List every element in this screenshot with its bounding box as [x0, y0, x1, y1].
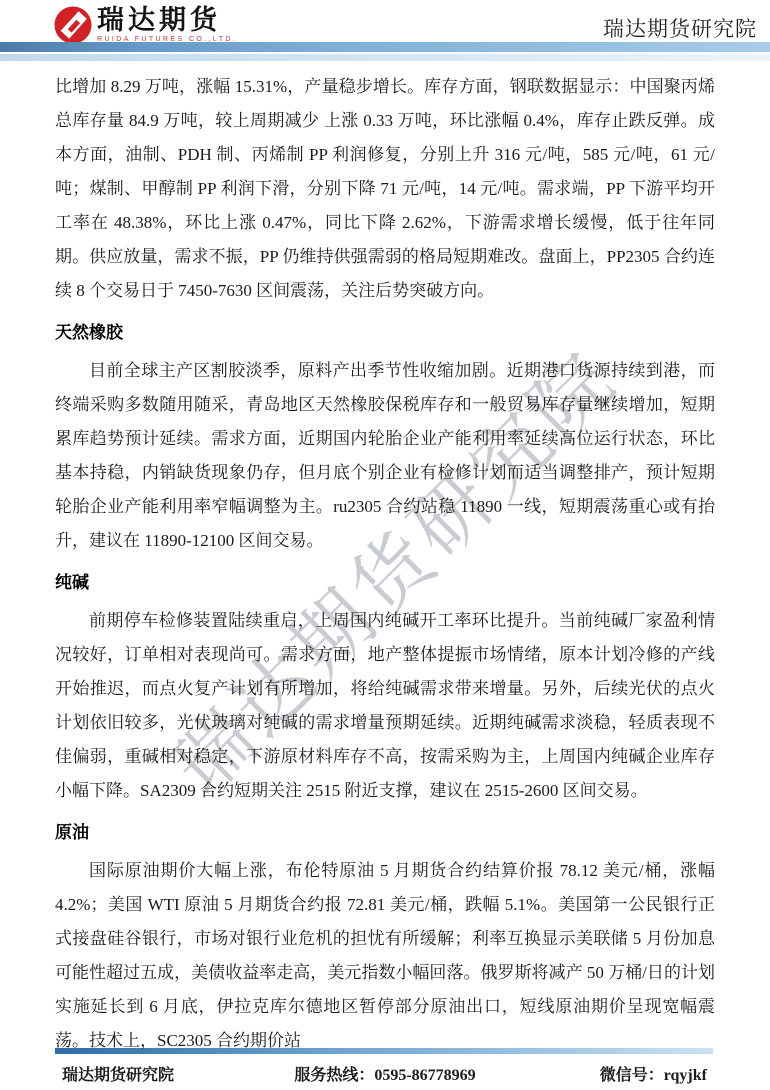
header-divider-bar-light [0, 54, 770, 61]
section-heading-soda-ash: 纯碱 [55, 568, 715, 598]
section-heading-crude-oil: 原油 [55, 818, 715, 848]
header-divider-bar [0, 42, 770, 52]
page-header: 瑞达期货 RUIDA FUTURES CO.,LTD. 瑞达期货研究院 [0, 0, 770, 64]
footer-wechat: 微信号：rqyjkf [600, 1062, 707, 1085]
report-page: 瑞达期货 RUIDA FUTURES CO.,LTD. 瑞达期货研究院 瑞达期货… [0, 0, 770, 1090]
brand-logo: 瑞达期货 RUIDA FUTURES CO.,LTD. [54, 5, 237, 44]
section-crude-oil-paragraph: 国际原油期价大幅上涨，布伦特原油 5 月期货合约结算价报 78.12 美元/桶，… [55, 854, 715, 1058]
section-pp-paragraph: 比增加 8.29 万吨，涨幅 15.31%，产量稳步增长。库存方面，钢联数据显示… [55, 70, 715, 308]
section-soda-ash-paragraph: 前期停车检修装置陆续重启，上周国内纯碱开工率环比提升。当前纯碱厂家盈利情况较好，… [55, 604, 715, 808]
brand-text-block: 瑞达期货 RUIDA FUTURES CO.,LTD. [97, 5, 237, 43]
report-body: 比增加 8.29 万吨，涨幅 15.31%，产量稳步增长。库存方面，钢联数据显示… [55, 70, 715, 1058]
brand-name-cn: 瑞达期货 [97, 5, 237, 35]
ruida-logo-icon [54, 6, 92, 44]
section-natural-rubber-paragraph: 目前全球主产区割胶淡季，原料产出季节性收缩加剧。近期港口货源持续到港，而终端采购… [55, 354, 715, 558]
institute-title: 瑞达期货研究院 [603, 13, 757, 43]
section-heading-natural-rubber: 天然橡胶 [55, 318, 715, 348]
